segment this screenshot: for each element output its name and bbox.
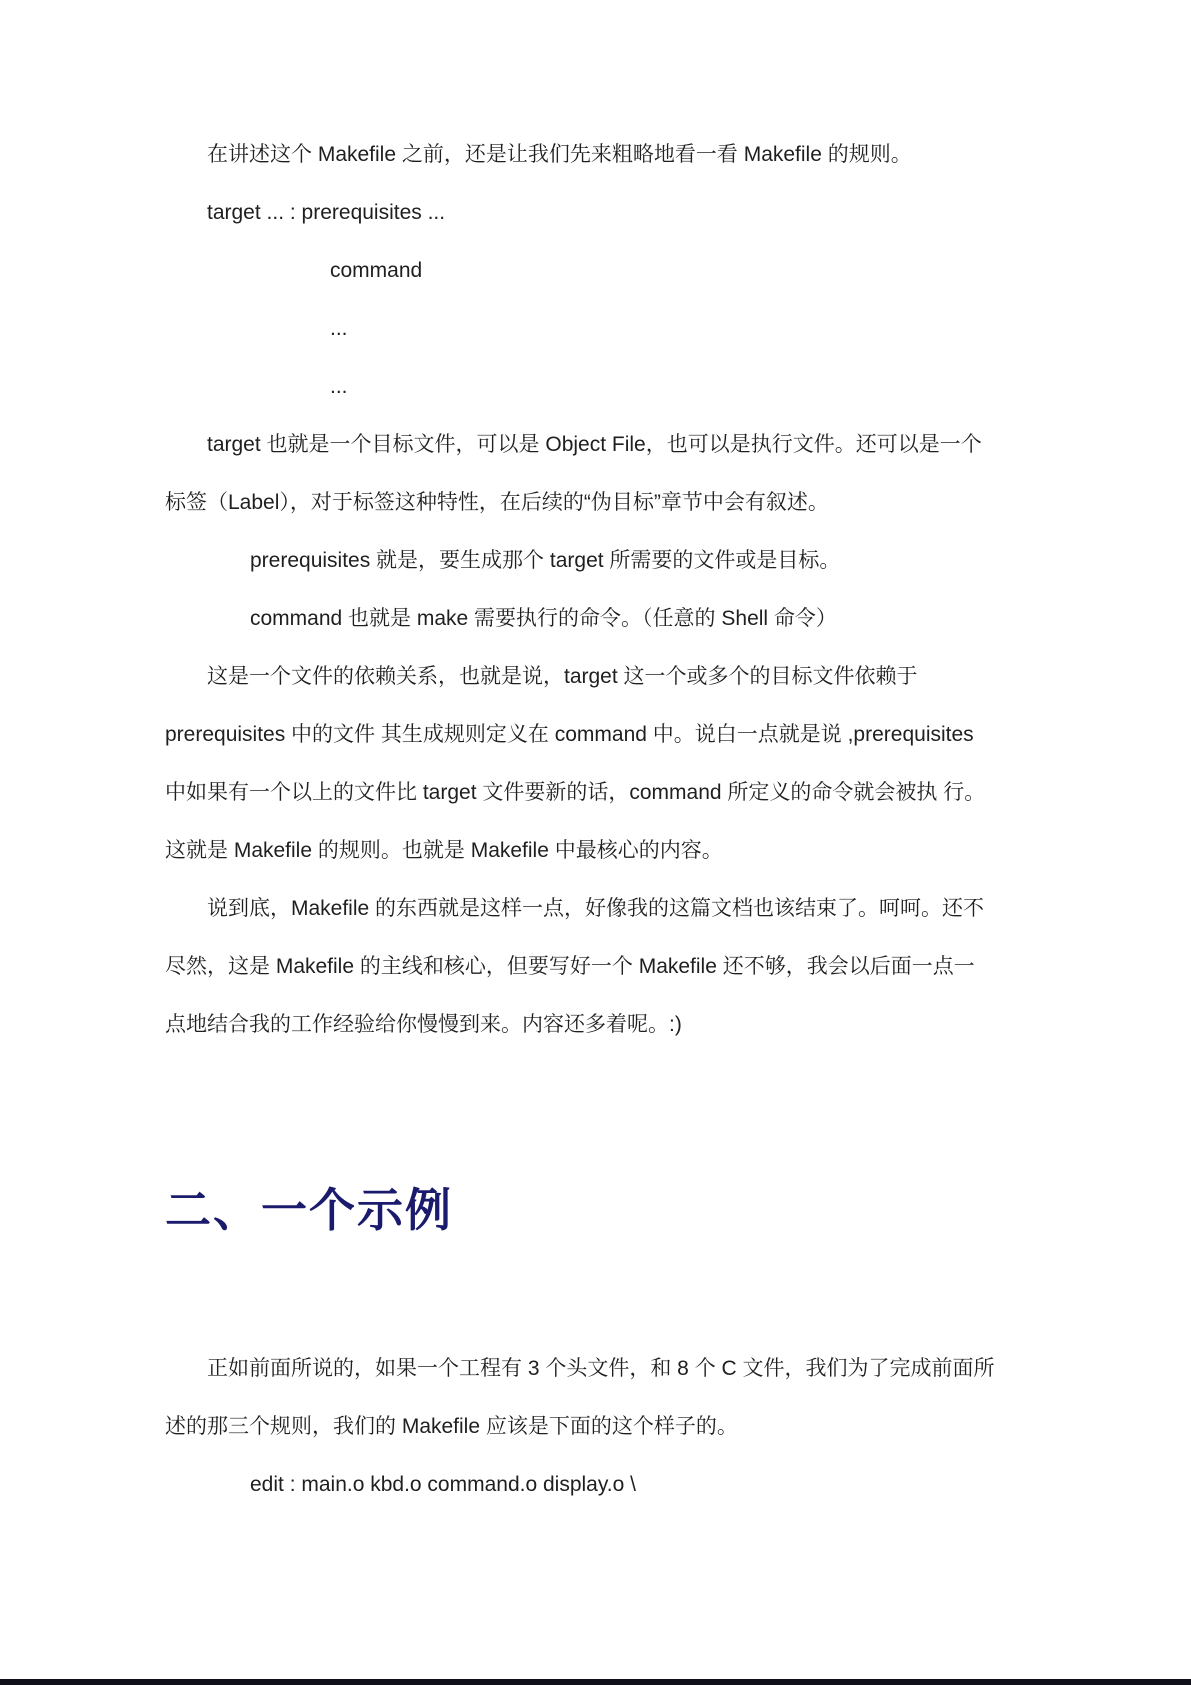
text-line: 标签（Label），对于标签这种特性，在后续的“伪目标”章节中会有叙述。 xyxy=(165,474,1041,532)
page-bottom-edge xyxy=(0,1679,1191,1685)
text-line: 中如果有一个以上的文件比 target 文件要新的话，command 所定义的命… xyxy=(165,764,1041,822)
text-line: target 也就是一个目标文件，可以是 Object File，也可以是执行文… xyxy=(165,416,1041,474)
text-line: 点地结合我的工作经验给你慢慢到来。内容还多着呢。:) xyxy=(165,996,1041,1054)
text-line: 这就是 Makefile 的规则。也就是 Makefile 中最核心的内容。 xyxy=(165,822,1041,880)
text-line: 说到底，Makefile 的东西就是这样一点，好像我的这篇文档也该结束了。呵呵。… xyxy=(165,880,1041,938)
text-line: ... xyxy=(165,300,1041,358)
text-line: ... xyxy=(165,358,1041,416)
text-line: 这是一个文件的依赖关系，也就是说，target 这一个或多个的目标文件依赖于 xyxy=(165,648,1041,706)
text-line: edit : main.o kbd.o command.o display.o … xyxy=(165,1456,1041,1514)
text-line: 在讲述这个 Makefile 之前，还是让我们先来粗略地看一看 Makefile… xyxy=(165,126,1041,184)
document-body: 在讲述这个 Makefile 之前，还是让我们先来粗略地看一看 Makefile… xyxy=(0,0,1191,1514)
section-content: 正如前面所说的，如果一个工程有 3 个头文件，和 8 个 C 文件，我们为了完成… xyxy=(165,1244,1041,1514)
text-line: command xyxy=(165,242,1041,300)
text-line: prerequisites 中的文件 其生成规则定义在 command 中。说白… xyxy=(165,706,1041,764)
text-line: 述的那三个规则，我们的 Makefile 应该是下面的这个样子的。 xyxy=(165,1398,1041,1456)
text-line: 正如前面所说的，如果一个工程有 3 个头文件，和 8 个 C 文件，我们为了完成… xyxy=(165,1340,1041,1398)
text-line: prerequisites 就是，要生成那个 target 所需要的文件或是目标… xyxy=(165,532,1041,590)
text-line: command 也就是 make 需要执行的命令。（任意的 Shell 命令） xyxy=(165,590,1041,648)
text-line: target ... : prerequisites ... xyxy=(165,184,1041,242)
section-heading: 二、一个示例 xyxy=(165,1176,1041,1244)
document-page: 在讲述这个 Makefile 之前，还是让我们先来粗略地看一看 Makefile… xyxy=(0,0,1191,1685)
text-line: 尽然，这是 Makefile 的主线和核心，但要写好一个 Makefile 还不… xyxy=(165,938,1041,996)
